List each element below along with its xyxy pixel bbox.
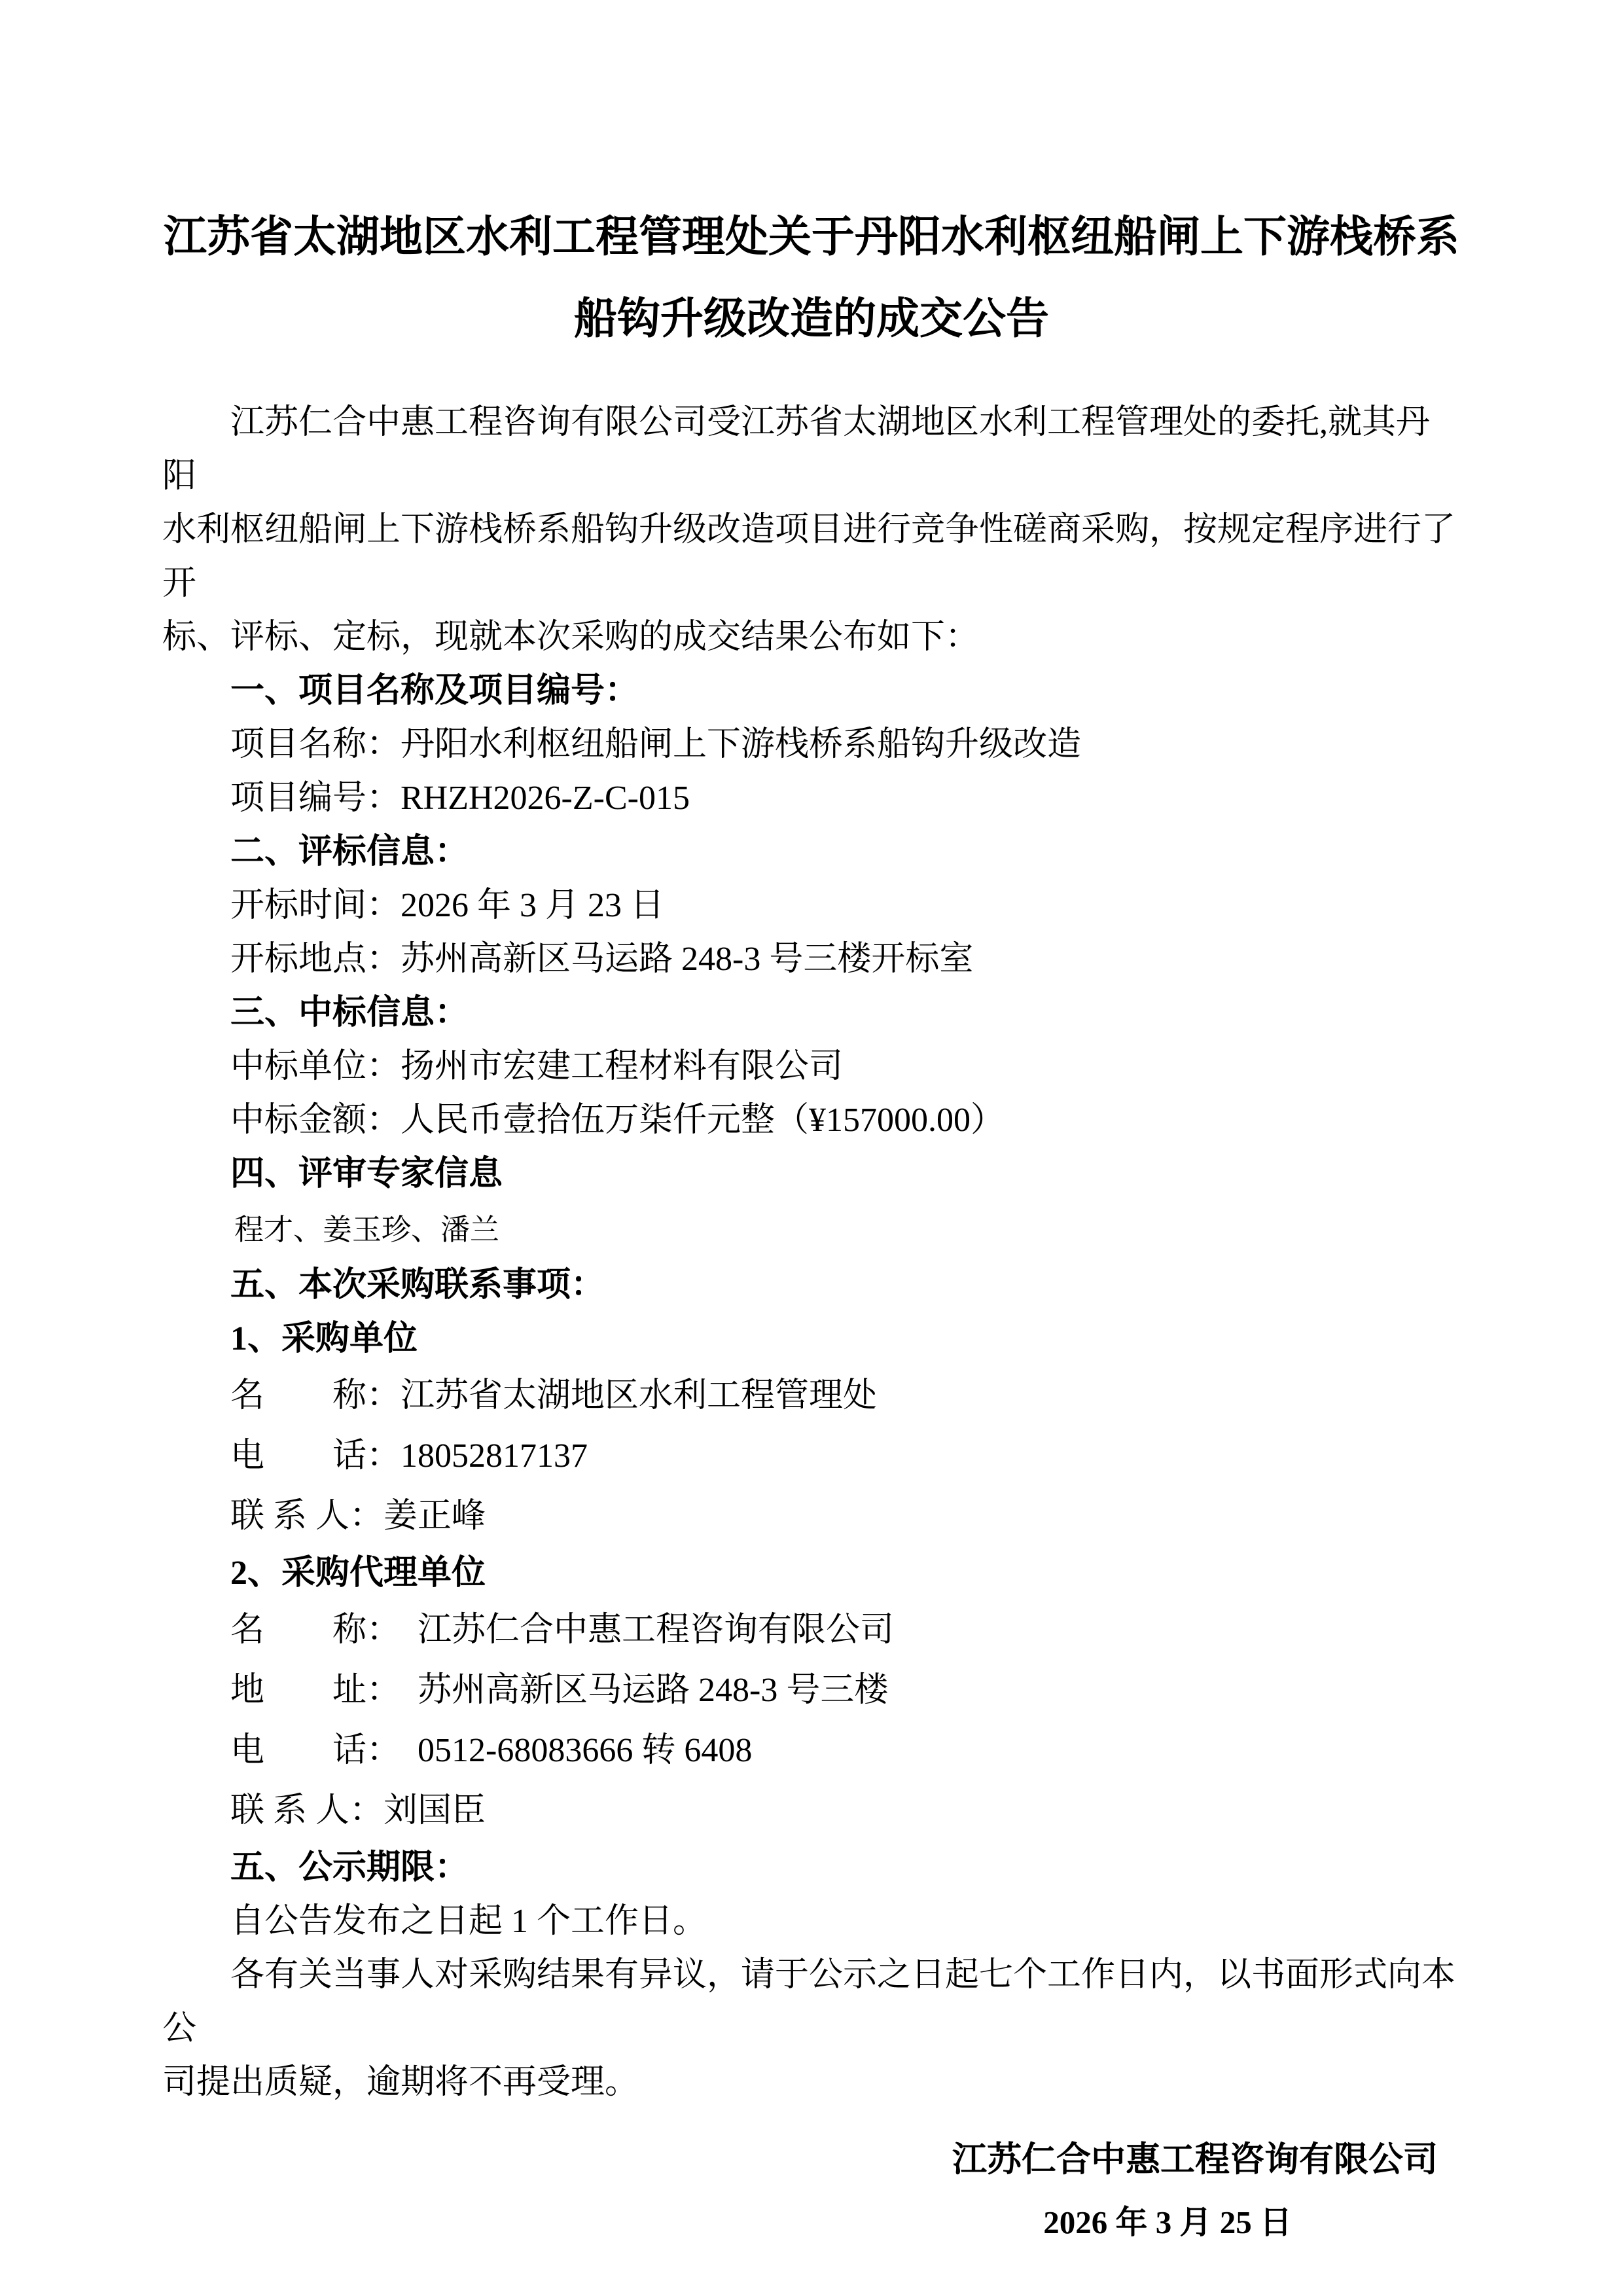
- signature-date: 2026 年 3 月 25 日: [162, 2191, 1461, 2253]
- agency-phone: 电 话： 0512-68083666 转 6408: [162, 1721, 1461, 1781]
- agency-address: 地 址： 苏州高新区马运路 248-3 号三楼: [162, 1660, 1461, 1721]
- intro-line-2: 水利枢纽船闸上下游栈桥系船钩升级改造项目进行竞争性磋商采购，按规定程序进行了开: [162, 503, 1461, 611]
- purchaser-name: 名 称：江苏省太湖地区水利工程管理处: [162, 1366, 1461, 1426]
- section-1-heading: 一、项目名称及项目编号：: [162, 664, 1461, 718]
- title-line-2: 船钩升级改造的成交公告: [162, 278, 1461, 360]
- project-name: 项目名称：丹阳水利枢纽船闸上下游栈桥系船钩升级改造: [162, 718, 1461, 772]
- intro-line-1: 江苏仁合中惠工程咨询有限公司受江苏省太湖地区水利工程管理处的委托,就其丹阳: [162, 396, 1461, 503]
- document-title: 江苏省太湖地区水利工程管理处关于丹阳水利枢纽船闸上下游栈桥系 船钩升级改造的成交…: [162, 196, 1461, 360]
- purchaser-heading: 1、采购单位: [162, 1312, 1461, 1366]
- agency-heading: 2、采购代理单位: [162, 1547, 1461, 1600]
- section-5-heading: 五、本次采购联系事项：: [162, 1259, 1461, 1312]
- signature-company: 江苏仁合中惠工程咨询有限公司: [162, 2129, 1461, 2191]
- section-3-heading: 三、中标信息：: [162, 986, 1461, 1040]
- title-line-1: 江苏省太湖地区水利工程管理处关于丹阳水利枢纽船闸上下游栈桥系: [162, 196, 1461, 278]
- winning-bidder: 中标单位：扬州市宏建工程材料有限公司: [162, 1040, 1461, 1094]
- objection-notice-line-1: 各有关当事人对采购结果有异议，请于公示之日起七个工作日内，以书面形式向本公: [162, 1948, 1461, 2056]
- objection-notice-line-2: 司提出质疑，逾期将不再受理。: [162, 2056, 1461, 2109]
- intro-line-3: 标、评标、定标，现就本次采购的成交结果公布如下：: [162, 611, 1461, 664]
- announcement-page: 江苏省太湖地区水利工程管理处关于丹阳水利枢纽船闸上下游栈桥系 船钩升级改造的成交…: [0, 0, 1623, 2296]
- winning-amount: 中标金额：人民币壹拾伍万柒仟元整（¥157000.00）: [162, 1094, 1461, 1147]
- agency-contact: 联 系 人：刘国臣: [162, 1781, 1461, 1841]
- purchaser-contact: 联 系 人：姜正峰: [162, 1486, 1461, 1547]
- expert-names: 程才、姜玉珍、潘兰: [162, 1201, 1461, 1259]
- agency-name: 名 称： 江苏仁合中惠工程咨询有限公司: [162, 1600, 1461, 1660]
- publicity-period: 自公告发布之日起 1 个工作日。: [162, 1895, 1461, 1948]
- section-4-heading: 四、评审专家信息: [162, 1147, 1461, 1201]
- bid-open-time: 开标时间：2026 年 3 月 23 日: [162, 879, 1461, 933]
- purchaser-phone: 电 话：18052817137: [162, 1426, 1461, 1486]
- bid-open-place: 开标地点：苏州高新区马运路 248-3 号三楼开标室: [162, 933, 1461, 986]
- publicity-period-heading: 五、公示期限：: [162, 1841, 1461, 1895]
- project-code: 项目编号：RHZH2026-Z-C-015: [162, 772, 1461, 825]
- section-2-heading: 二、评标信息：: [162, 825, 1461, 879]
